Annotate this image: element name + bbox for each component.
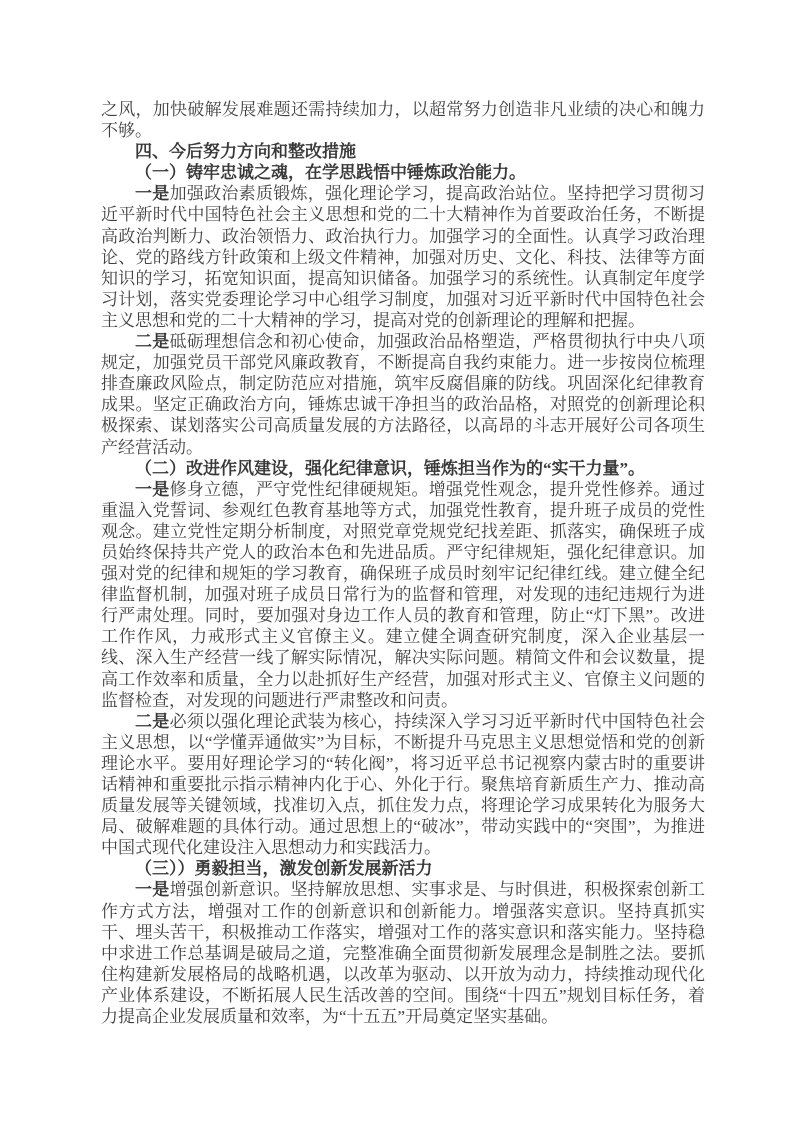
paragraph-lead: 一是 xyxy=(135,184,170,203)
paragraph: 二是砥砺理想信念和初心使命，加强政治品格塑造，严格贯彻执行中央八项规定，加强党员… xyxy=(101,331,705,458)
paragraph-text: 砥砺理想信念和初心使命，加强政治品格塑造，严格贯彻执行中央八项规定，加强党员干部… xyxy=(101,332,705,456)
paragraph-lead: 二是 xyxy=(135,332,170,351)
paragraph-lead: 一是 xyxy=(135,880,170,899)
paragraph-text: 增强创新意识。坚持解放思想、实事求是、与时俱进，积极探索创新工作方式方法，增强对… xyxy=(101,880,705,1026)
paragraph-lead: 一是 xyxy=(135,480,170,499)
heading-text: （二）改进作风建设，强化纪律意识，锤炼担当作为的“实干力量”。 xyxy=(135,459,645,478)
paragraph-continuation: 之风，加快破解发展难题还需持续加力，以超常努力创造非凡业绩的决心和魄力不够。 xyxy=(101,99,705,141)
paragraph: 一是增强创新意识。坚持解放思想、实事求是、与时俱进，积极探索创新工作方式方法，增… xyxy=(101,879,705,1027)
paragraph-text: 必须以强化理论武装为核心，持续深入学习习近平新时代中国特色社会主义思想，以“学懂… xyxy=(101,712,705,858)
paragraph: 一是加强政治素质锻炼，强化理论学习，提高政治站位。坚持把学习贯彻习近平新时代中国… xyxy=(101,183,705,331)
paragraph-text: 修身立德，严守党性纪律硬规矩。增强党性观念，提升党性修养。通过重温入党誓词、参观… xyxy=(101,480,705,710)
subsection-heading-one: （一）铸牢忠诚之魂，在学思践悟中锤炼政治能力。 xyxy=(101,162,705,183)
document-page: 之风，加快破解发展难题还需持续加力，以超常努力创造非凡业绩的决心和魄力不够。 四… xyxy=(0,0,793,1122)
paragraph: 一是修身立德，严守党性纪律硬规矩。增强党性观念，提升党性修养。通过重温入党誓词、… xyxy=(101,479,705,711)
heading-text: （一）铸牢忠诚之魂，在学思践悟中锤炼政治能力。 xyxy=(135,163,526,182)
subsection-heading-two: （二）改进作风建设，强化纪律意识，锤炼担当作为的“实干力量”。 xyxy=(101,458,705,479)
subsection-heading-three: （三））勇毅担当，激发创新发展新活力 xyxy=(101,858,705,879)
paragraph-lead: 二是 xyxy=(135,712,170,731)
paragraph: 二是必须以强化理论武装为核心，持续深入学习习近平新时代中国特色社会主义思想，以“… xyxy=(101,711,705,859)
paragraph-text: 之风，加快破解发展难题还需持续加力，以超常努力创造非凡业绩的决心和魄力不够。 xyxy=(101,100,705,140)
heading-text: （三））勇毅担当，激发创新发展新活力 xyxy=(135,859,433,878)
document-content: 之风，加快破解发展难题还需持续加力，以超常努力创造非凡业绩的决心和魄力不够。 四… xyxy=(101,99,705,1027)
section-heading-four: 四、今后努力方向和整改措施 xyxy=(101,141,705,162)
paragraph-text: 加强政治素质锻炼，强化理论学习，提高政治站位。坚持把学习贯彻习近平新时代中国特色… xyxy=(101,184,705,330)
heading-text: 四、今后努力方向和整改措施 xyxy=(135,142,356,161)
